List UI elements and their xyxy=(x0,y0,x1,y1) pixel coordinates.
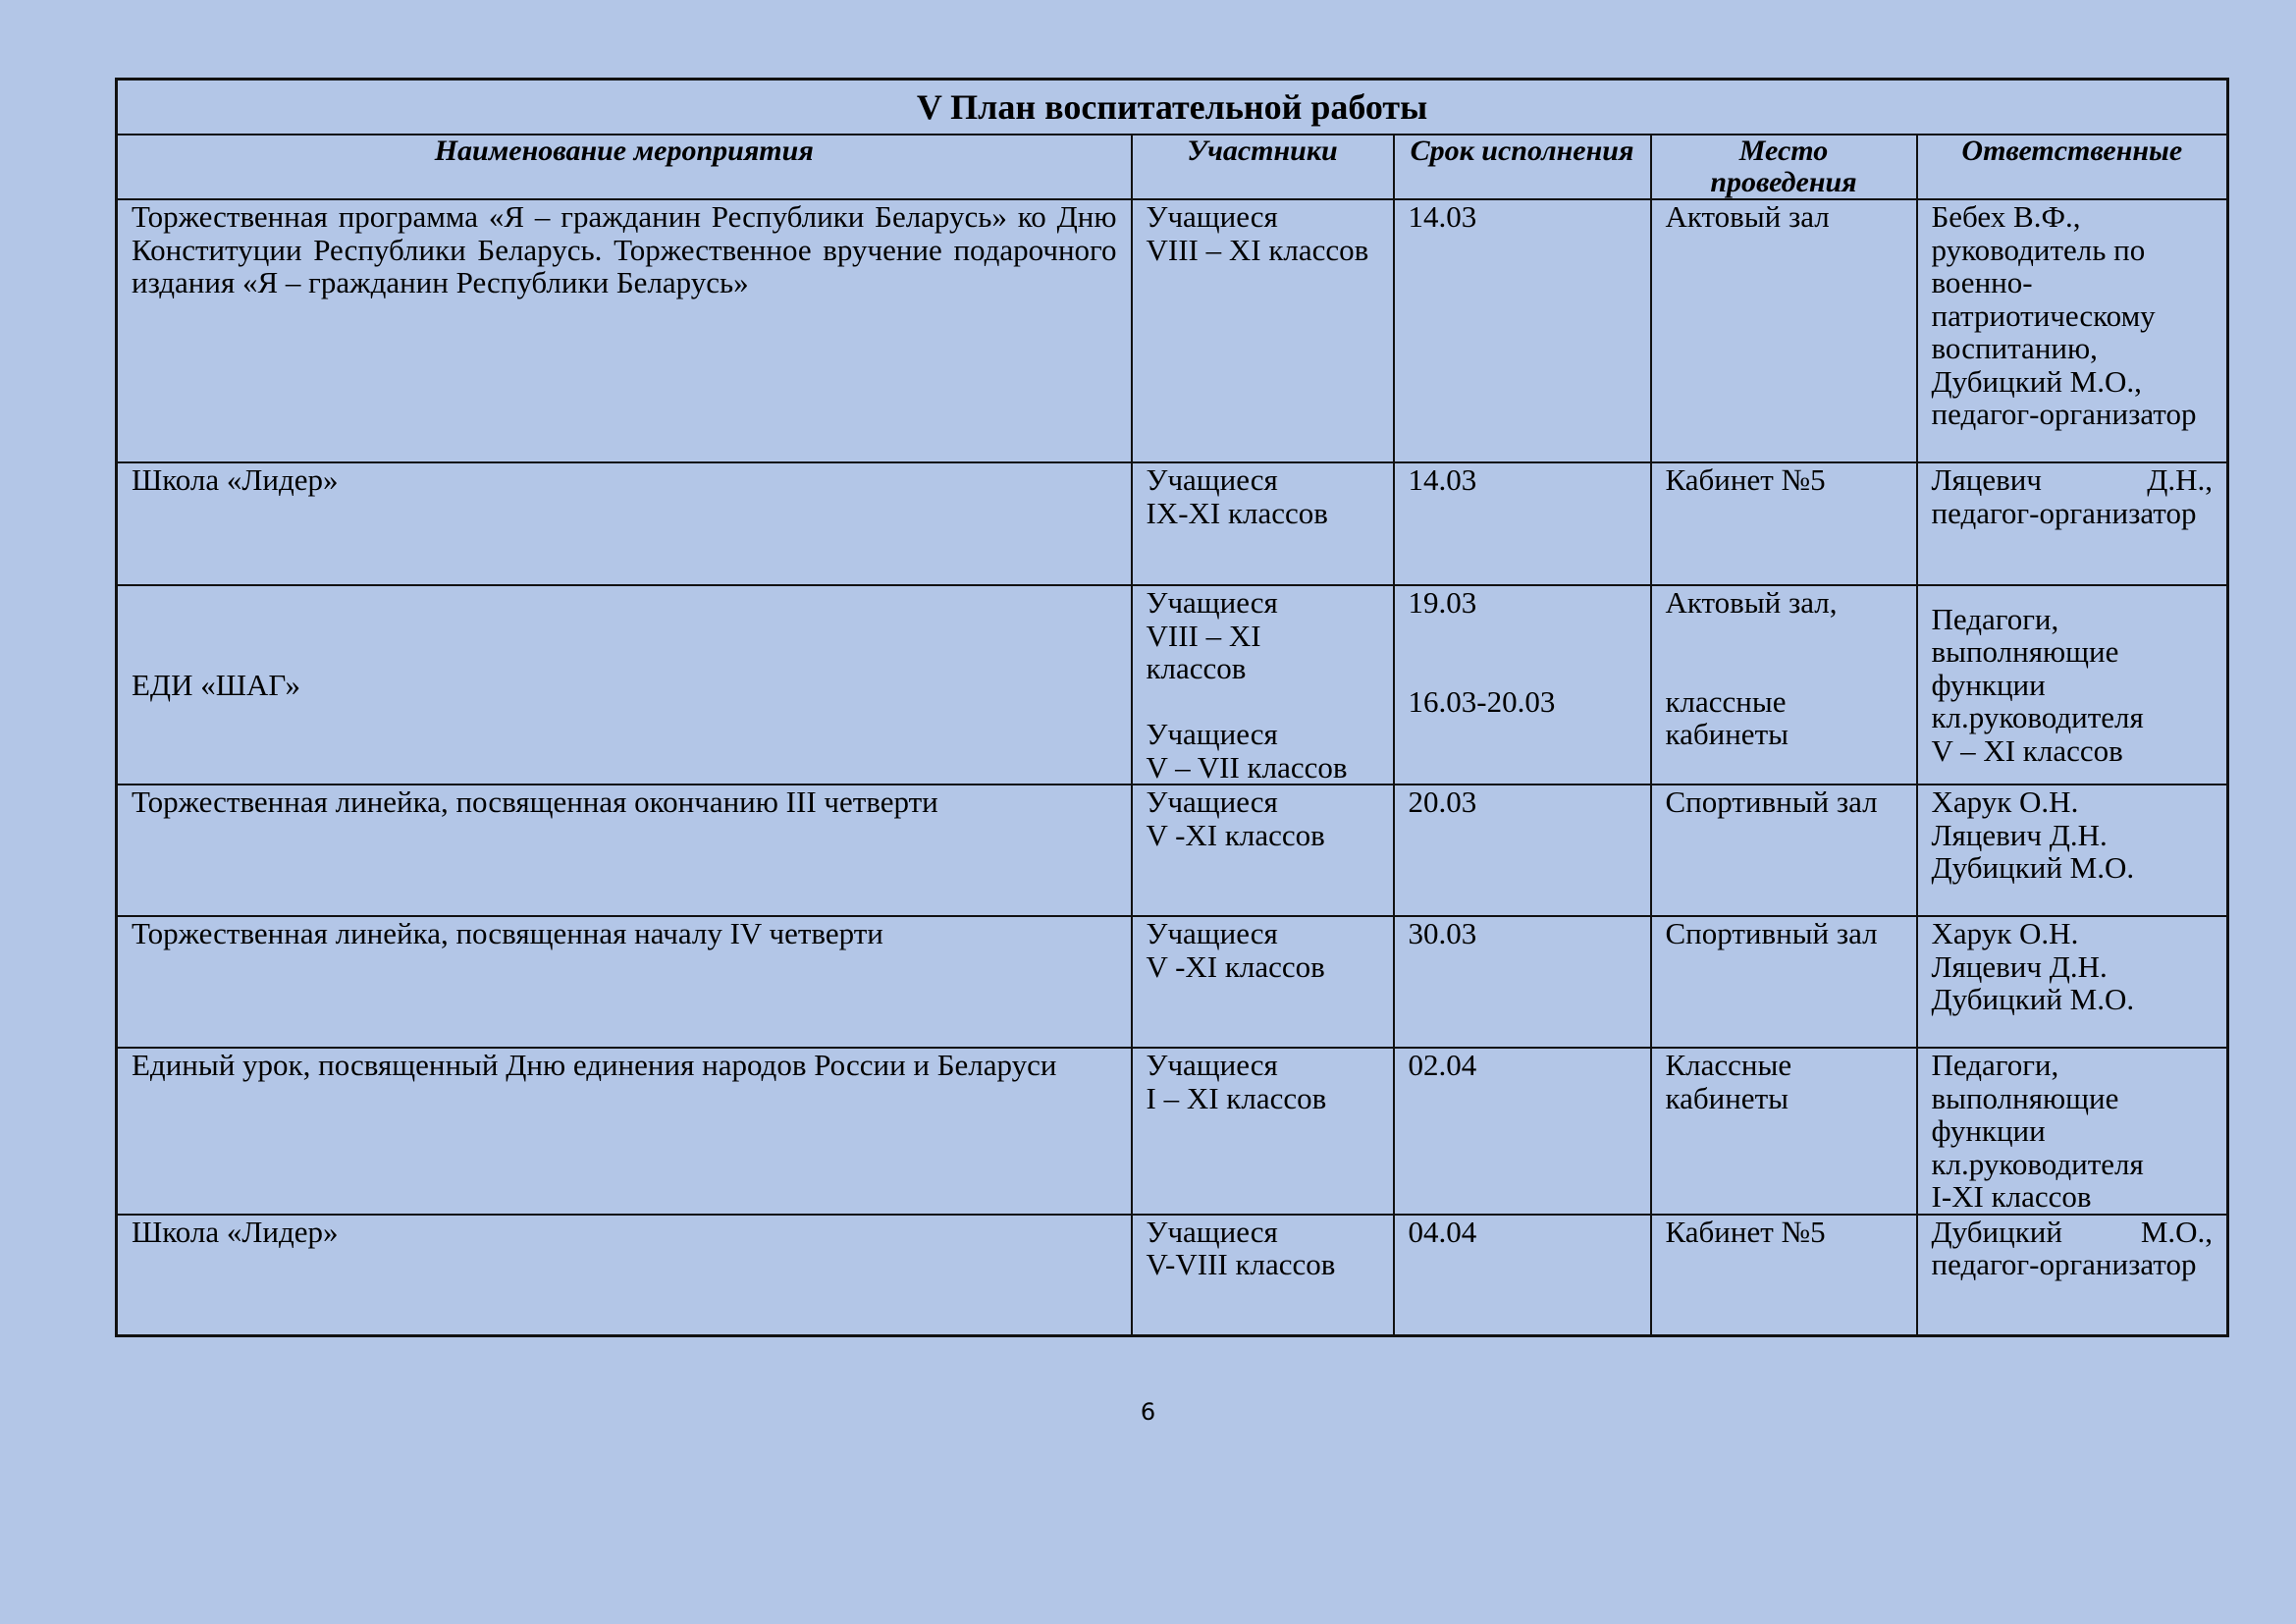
page-number: 6 xyxy=(0,1398,2296,1426)
date-cell: 14.03 xyxy=(1394,199,1651,462)
responsible-cell: Педагоги, выполняющие функции кл.руковод… xyxy=(1917,1048,2228,1215)
place-cell: Кабинет №5 xyxy=(1651,462,1917,585)
event-cell: ЕДИ «ШАГ» xyxy=(117,585,1132,785)
place-cell: Кабинет №5 xyxy=(1651,1215,1917,1336)
responsible-cell: Харук О.Н. Ляцевич Д.Н. Дубицкий М.О. xyxy=(1917,916,2228,1048)
responsible-cell: Педагоги, выполняющие функции кл.руковод… xyxy=(1917,585,2228,785)
participants-cell: Учащиеся V -XI классов xyxy=(1132,916,1394,1048)
column-header-date: Срок исполнения xyxy=(1394,135,1651,199)
education-plan-table: V План воспитательной работы Наименовани… xyxy=(115,78,2229,1337)
event-cell: Школа «Лидер» xyxy=(117,1215,1132,1336)
participants-cell: Учащиеся IX-XI классов xyxy=(1132,462,1394,585)
event-cell: Торжественная программа «Я – гражданин Р… xyxy=(117,199,1132,462)
place-cell: Актовый зал, классные кабинеты xyxy=(1651,585,1917,785)
date-cell: 19.03 16.03-20.03 xyxy=(1394,585,1651,785)
place-cell: Актовый зал xyxy=(1651,199,1917,462)
table-header-row: Наименование мероприятия Участники Срок … xyxy=(117,135,2228,199)
participants-cell: Учащиеся V-VIII классов xyxy=(1132,1215,1394,1336)
table-row: Торжественная линейка, посвященная начал… xyxy=(117,916,2228,1048)
column-header-event: Наименование мероприятия xyxy=(117,135,1132,199)
participants-cell: Учащиеся V -XI классов xyxy=(1132,785,1394,916)
place-cell: Классные кабинеты xyxy=(1651,1048,1917,1215)
event-cell: Торжественная линейка, посвященная начал… xyxy=(117,916,1132,1048)
participants-cell: Учащиеся VIII – XI классов xyxy=(1132,199,1394,462)
date-cell: 14.03 xyxy=(1394,462,1651,585)
event-cell: Единый урок, посвященный Дню единения на… xyxy=(117,1048,1132,1215)
table-row: Школа «Лидер» Учащиеся V-VIII классов 04… xyxy=(117,1215,2228,1336)
column-header-responsible: Ответственные xyxy=(1917,135,2228,199)
table-title-row: V План воспитательной работы xyxy=(117,80,2228,135)
table-row: Школа «Лидер» Учащиеся IX-XI классов 14.… xyxy=(117,462,2228,585)
responsible-cell: Харук О.Н. Ляцевич Д.Н. Дубицкий М.О. xyxy=(1917,785,2228,916)
date-cell: 04.04 xyxy=(1394,1215,1651,1336)
responsible-cell: Ляцевич Д.Н., педагог-организатор xyxy=(1917,462,2228,585)
place-cell: Спортивный зал xyxy=(1651,916,1917,1048)
table-row: Единый урок, посвященный Дню единения на… xyxy=(117,1048,2228,1215)
date-cell: 02.04 xyxy=(1394,1048,1651,1215)
responsible-cell: Бебех В.Ф., руководитель по военно-патри… xyxy=(1917,199,2228,462)
column-header-participants: Участники xyxy=(1132,135,1394,199)
event-cell: Школа «Лидер» xyxy=(117,462,1132,585)
event-cell: Торжественная линейка, посвященная оконч… xyxy=(117,785,1132,916)
table-row: Торжественная программа «Я – гражданин Р… xyxy=(117,199,2228,462)
date-cell: 30.03 xyxy=(1394,916,1651,1048)
table-row: Торжественная линейка, посвященная оконч… xyxy=(117,785,2228,916)
participants-cell: Учащиеся I – XI классов xyxy=(1132,1048,1394,1215)
participants-cell: Учащиеся VIII – XI классов Учащиеся V – … xyxy=(1132,585,1394,785)
column-header-place: Место проведения xyxy=(1651,135,1917,199)
table-title: V План воспитательной работы xyxy=(117,80,2228,135)
date-cell: 20.03 xyxy=(1394,785,1651,916)
table-row: ЕДИ «ШАГ» Учащиеся VIII – XI классов Уча… xyxy=(117,585,2228,785)
place-cell: Спортивный зал xyxy=(1651,785,1917,916)
responsible-cell: Дубицкий М.О., педагог-организатор xyxy=(1917,1215,2228,1336)
